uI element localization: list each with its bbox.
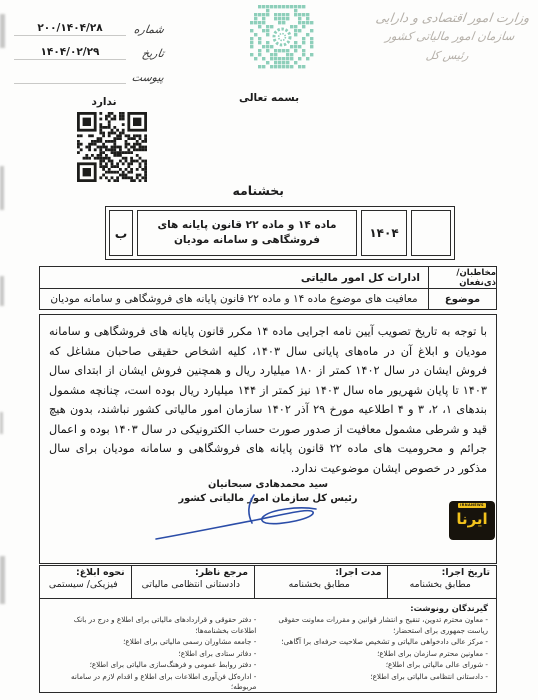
- number-row: شماره ۲۰۰/۱۴۰۴/۲۸: [14, 12, 164, 36]
- qr-code: [76, 112, 148, 182]
- recipient-item: - شورای عالی مالیاتی برای اطلاع؛: [262, 660, 488, 671]
- supervisory-authority-cell: مرجع ناظر: دادستانی انتظامی مالیاتی: [132, 566, 255, 598]
- besmele-invocation: بسمه تعالی: [0, 92, 538, 104]
- irna-brand-label: IRNANEWS: [458, 503, 486, 508]
- document-type-title: بخشنامه: [0, 183, 516, 198]
- copy-recipients-column-left: - دفتر حقوقی و قراردادهای مالیاتی برای ا…: [48, 615, 256, 693]
- supervisory-authority-value: دادستانی انتظامی مالیاتی: [134, 579, 248, 590]
- scan-artifact: [0, 14, 5, 48]
- number-label: شماره: [129, 23, 165, 36]
- organization-name: سازمان امور مالیاتی کشور: [369, 27, 532, 46]
- recipient-item: - معاون محترم تدوین، تنقیح و انتشار قوان…: [262, 615, 488, 636]
- irna-wordmark: ایرنا: [456, 509, 487, 529]
- body-paragraph: با توجه به تاریخ تصویب آیین نامه اجرایی …: [40, 315, 496, 478]
- notification-method-label: نحوه ابلاغ:: [42, 567, 125, 578]
- number-value: ۲۰۰/۱۴۰۴/۲۸: [14, 22, 126, 36]
- execution-date-value: مطابق بخشنامه: [390, 579, 490, 590]
- scan-artifact: [0, 556, 5, 604]
- notification-method-cell: نحوه ابلاغ: فیزیکی/ سیستمی: [40, 566, 132, 598]
- attachment-row: پیوست: [14, 60, 164, 84]
- supervisory-authority-label: مرجع ناظر:: [134, 567, 248, 578]
- scanned-circular-document: وزارت امور اقتصادی و دارایی سازمان امور …: [0, 0, 538, 700]
- copy-recipients-heading: گیرندگان رونوشت:: [48, 603, 488, 613]
- audience-row: مخاطبان/ذی‌نفعان ادارات کل امور مالیاتی: [40, 267, 496, 288]
- subject-row: موضوع معافیت های موضوع ماده ۱۴ و ماده ۲۲…: [40, 288, 496, 309]
- scan-artifact: [0, 412, 3, 434]
- attachment-line: [14, 82, 126, 84]
- subject-value: معافیت های موضوع ماده ۱۴ و ماده ۲۲ قانون…: [40, 289, 428, 309]
- irna-news-logo: IRNANEWS ایرنا: [449, 501, 495, 540]
- recipient-item: - مرکز عالی دادخواهی مالیاتی و تشخیص صلا…: [262, 637, 488, 648]
- empty-cell: [411, 210, 451, 256]
- audience-value: ادارات کل امور مالیاتی: [40, 267, 428, 288]
- class-letter-cell: ب: [109, 210, 133, 256]
- scan-artifact: [0, 276, 4, 306]
- execution-duration-label: مدت اجرا:: [257, 567, 381, 578]
- copy-recipients-box: گیرندگان رونوشت: - معاون محترم تدوین، تن…: [39, 599, 497, 693]
- subject-cell: ماده ۱۴ و ماده ۲۲ قانون پایانه های فروشگ…: [137, 210, 357, 256]
- recipient-item: - دفتر روابط عمومی و فرهنگ‌سازی مالیاتی …: [48, 660, 256, 671]
- date-value: ۱۴۰۴/۰۲/۲۹: [14, 46, 126, 60]
- execution-date-label: تاریخ اجرا:: [390, 567, 490, 578]
- handwritten-signature-icon: [152, 493, 322, 551]
- execution-duration-value: مطابق بخشنامه: [257, 579, 381, 590]
- year-cell: ۱۴۰۴: [361, 210, 407, 256]
- body-box: با توجه به تاریخ تصویب آیین نامه اجرایی …: [39, 314, 497, 564]
- notification-method-value: فیزیکی/ سیستمی: [42, 579, 125, 590]
- signatory-name: سید محمدهادی سبحانیان: [40, 479, 496, 490]
- recipient-item: - معاونین محترم سازمان برای اطلاع؛: [262, 649, 488, 660]
- copy-recipients-column-right: - معاون محترم تدوین، تنقیح و انتشار قوان…: [262, 615, 488, 693]
- execution-table: تاریخ اجرا: مطابق بخشنامه مدت اجرا: مطاب…: [39, 565, 497, 599]
- recipient-item: - جامعه مشاوران رسمی مالیاتی برای اطلاع؛: [48, 637, 256, 648]
- date-label: تاریخ: [129, 47, 165, 60]
- recipient-item: - دفتر حقوقی و قراردادهای مالیاتی برای ا…: [48, 615, 256, 636]
- letterhead: وزارت امور اقتصادی و دارایی سازمان امور …: [366, 8, 534, 65]
- recipient-item: - دادستانی انتظامی مالیاتی برای اطلاع؛: [262, 672, 488, 683]
- recipient-item: - اداره‌کل فن‌آوری اطلاعات برای اطلاع و …: [48, 672, 256, 693]
- signatory-role: رئیس کل: [366, 46, 529, 65]
- audience-label: مخاطبان/ذی‌نفعان: [428, 267, 496, 288]
- subject-header-box: ۱۴۰۴ ماده ۱۴ و ماده ۲۲ قانون پایانه های …: [105, 206, 455, 260]
- subject-label: موضوع: [428, 289, 496, 309]
- recipient-item: - دفاتر ستادی برای اطلاع؛: [48, 649, 256, 660]
- tax-administration-logo-icon: [243, 4, 321, 70]
- execution-duration-cell: مدت اجرا: مطابق بخشنامه: [255, 566, 388, 598]
- execution-date-cell: تاریخ اجرا: مطابق بخشنامه: [388, 566, 496, 598]
- attachment-label: پیوست: [129, 71, 165, 84]
- info-table: مخاطبان/ذی‌نفعان ادارات کل امور مالیاتی …: [39, 266, 497, 310]
- date-row: تاریخ ۱۴۰۴/۰۲/۲۹: [14, 36, 164, 60]
- ministry-name: وزارت امور اقتصادی و دارایی: [371, 8, 534, 27]
